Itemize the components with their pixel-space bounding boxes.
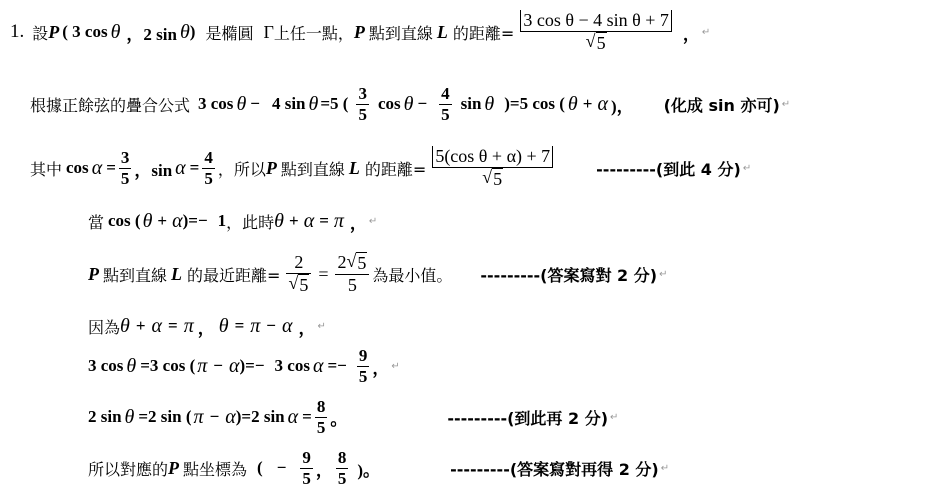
fraction-8-5: 8 5 [315, 397, 328, 437]
one: 1 [218, 211, 227, 231]
alpha: α [597, 93, 608, 116]
text: 其中 [30, 157, 62, 180]
sqrt: √5 [480, 168, 505, 190]
alpha: α [229, 355, 240, 378]
expr: )=2 sin [236, 407, 285, 427]
denominator: 5 [119, 169, 132, 189]
theta: θ [236, 93, 246, 116]
minus: − [213, 356, 223, 376]
pi: π [184, 315, 194, 338]
alpha: α [282, 315, 293, 338]
radicand: 5 [298, 274, 309, 296]
cos: cos [378, 94, 401, 114]
var-P: P [266, 158, 277, 179]
equals: = [168, 316, 178, 336]
expr: 3 cos [275, 356, 310, 376]
numerator: 4 [202, 148, 215, 168]
expr: )=5 cos ( [504, 94, 565, 114]
fraction-9-5: 9 5 [357, 346, 370, 386]
expr: ) [190, 22, 196, 42]
var-P: P [88, 264, 99, 285]
text: ，此時 [226, 210, 274, 233]
text: 為最小值。 [372, 263, 452, 286]
theta: θ [568, 93, 578, 116]
text: 當 [88, 210, 104, 233]
expr: cos ( [108, 211, 141, 231]
var-L: L [349, 158, 360, 179]
theta: θ [143, 210, 153, 233]
numerator: 2√5 [335, 252, 369, 274]
minus: − [250, 94, 260, 114]
equals: = [319, 211, 329, 231]
line-7-x-coordinate: 3 cos θ =3 cos ( π − α )=− 3 cos α =− 9 … [88, 343, 400, 389]
numerator: 5(cos θ + α) + 7 [432, 146, 553, 167]
denominator: 5 [357, 367, 370, 387]
fraction-2-sqrt5: 2 √5 [286, 252, 311, 295]
fraction-2sqrt5-5: 2√5 5 [335, 252, 369, 295]
alpha: α [175, 157, 186, 180]
text: 因為 [88, 315, 120, 338]
comma: ， [316, 456, 333, 481]
expr: =2 sin ( [138, 407, 191, 427]
line-6-theta-relation: 因為 θ + α = π ， θ = π − α ， ↵ [88, 312, 326, 340]
problem-number: 1. [10, 21, 24, 43]
text: 點到直線 [103, 263, 167, 286]
paragraph-mark-icon: ↵ [391, 361, 399, 372]
numerator: 2 [292, 252, 305, 273]
var-L: L [437, 22, 448, 43]
pi: π [334, 210, 344, 233]
expr: 4 sin [272, 94, 306, 114]
text: 點到直線 [369, 21, 433, 44]
numerator: 3 [119, 148, 132, 168]
radicand: 5 [492, 168, 503, 190]
alpha: α [288, 406, 299, 429]
radicand: 5 [356, 252, 367, 274]
denominator: 5 [439, 105, 452, 125]
denominator: 5 [356, 105, 369, 125]
text: 所以對應的 [88, 457, 168, 480]
theta: θ [180, 21, 190, 44]
numerator: 8 [315, 397, 328, 417]
denominator: 5 [300, 469, 313, 489]
expr: )， [611, 92, 634, 117]
period: 。 [330, 405, 347, 430]
theta: θ [404, 93, 414, 116]
line-8-y-coordinate: 2 sin θ =2 sin ( π − α )=2 sin α = 8 5 。… [88, 394, 618, 440]
plus: + [583, 94, 593, 114]
expr: ，2 sin [126, 20, 177, 45]
plus: + [136, 316, 146, 336]
plus: + [289, 211, 299, 231]
expr: ，sin [134, 156, 172, 181]
fraction-8-5: 8 5 [336, 448, 349, 488]
line-5-min-distance: P 點到直線 L 的最近距離= 2 √5 = 2√5 5 為最小值。 -----… [88, 246, 667, 302]
theta: θ [484, 93, 494, 116]
open-paren: ( [257, 458, 263, 478]
note: (化成 sin 亦可) [664, 93, 780, 116]
minus: − [277, 458, 287, 478]
plus: + [157, 211, 167, 231]
fraction-3-5: 3 5 [119, 148, 132, 188]
alpha: α [172, 210, 183, 233]
numerator: 9 [300, 448, 313, 468]
numerator: 8 [336, 448, 349, 468]
expr: =5 ( [320, 94, 348, 114]
text: 點到直線 [281, 157, 345, 180]
alpha: α [225, 406, 236, 429]
expr: ( 3 cos [62, 22, 107, 42]
paragraph-mark-icon: ↵ [661, 463, 669, 474]
pi: π [197, 355, 207, 378]
denominator: 5 [336, 469, 349, 489]
pi: π [250, 315, 260, 338]
expr: 3 cos [198, 94, 233, 114]
close-paren: )。 [357, 456, 380, 481]
expr: 2 sin [88, 407, 122, 427]
equals: = [235, 316, 245, 336]
var-P: P [48, 22, 59, 43]
denominator: 5 [346, 275, 359, 296]
expr: 3 cos [88, 356, 123, 376]
score-note: ---------(到此 4 分) [596, 157, 741, 180]
theta: θ [274, 210, 284, 233]
text: 上任一點， [274, 21, 354, 44]
paragraph-mark-icon: ↵ [702, 27, 710, 38]
sqrt: √5 [584, 32, 609, 54]
fraction-9-5: 9 5 [300, 448, 313, 488]
text: 的距離= [365, 157, 426, 180]
numerator: 4 [439, 84, 452, 104]
cos: cos [66, 158, 89, 178]
score-note: ---------(到此再 2 分) [447, 406, 608, 429]
score-note: ---------(答案寫對 2 分) [480, 263, 657, 286]
denominator: 5 [315, 418, 328, 438]
expr: )=− [183, 211, 208, 231]
alpha: α [304, 210, 315, 233]
distance-fraction: 3 cos θ − 4 sin θ + 7 √5 [520, 10, 672, 53]
paragraph-mark-icon: ↵ [659, 269, 667, 280]
theta: θ [126, 355, 136, 378]
theta: θ [111, 21, 121, 44]
paragraph-mark-icon: ↵ [610, 412, 618, 423]
comma: ， [198, 314, 215, 339]
var-P: P [354, 22, 365, 43]
text: ，所以 [218, 157, 266, 180]
expr: )=− [239, 356, 264, 376]
minus: − [417, 94, 427, 114]
var-L: L [171, 264, 182, 285]
numerator: 3 [356, 84, 369, 104]
comma: ， [683, 20, 700, 45]
theta: θ [125, 406, 135, 429]
text: 的距離= [453, 21, 514, 44]
theta: θ [120, 315, 130, 338]
equals: = [106, 158, 116, 178]
comma: ， [372, 354, 389, 379]
line-4-minimum-condition: 當 cos ( θ + α )=− 1 ，此時 θ + α = π ， ↵ [88, 205, 377, 237]
sin: sin [461, 94, 482, 114]
pi: π [194, 406, 204, 429]
alpha: α [92, 157, 103, 180]
paragraph-mark-icon: ↵ [369, 216, 377, 227]
theta: θ [309, 93, 319, 116]
gamma: Γ [263, 22, 273, 43]
expr: =− [327, 356, 346, 376]
text: 的最近距離= [187, 263, 280, 286]
equals: = [318, 264, 328, 285]
distance-fraction: 5(cos θ + α) + 7 √5 [432, 146, 553, 189]
text: 根據正餘弦的疊合公式 [30, 93, 190, 116]
sqrt: √5 [286, 274, 311, 296]
fraction-4-5: 4 5 [439, 84, 452, 124]
coef: 2 [337, 252, 346, 274]
radicand: 5 [596, 32, 607, 54]
equals: = [190, 158, 200, 178]
fraction-4-5: 4 5 [202, 148, 215, 188]
numerator: 3 cos θ − 4 sin θ + 7 [520, 10, 672, 31]
comma: ， [350, 209, 367, 234]
equals: = [302, 407, 312, 427]
var-P: P [168, 458, 179, 479]
minus: − [210, 407, 220, 427]
score-note: ---------(答案寫對再得 2 分) [450, 457, 659, 480]
numerator: 9 [357, 346, 370, 366]
text: 是橢圓 [205, 21, 253, 44]
line-9-final-answer: 所以對應的 P 點坐標為 ( − 9 5 ， 8 5 )。 ---------(… [88, 445, 669, 491]
paragraph-mark-icon: ↵ [782, 99, 790, 110]
paragraph-mark-icon: ↵ [317, 321, 325, 332]
paragraph-mark-icon: ↵ [743, 163, 751, 174]
line-1-problem-statement: 1. 設 P ( 3 cos θ ，2 sin θ ) 是橢圓 Γ 上任一點， … [10, 14, 710, 50]
line-3-alpha-definition: 其中 cos α = 3 5 ，sin α = 4 5 ，所以 P 點到直線 L… [30, 142, 751, 194]
denominator: 5 [202, 169, 215, 189]
text: 設 [32, 21, 48, 44]
expr: =3 cos ( [140, 356, 195, 376]
alpha: α [152, 315, 163, 338]
line-2-combination-formula: 根據正餘弦的疊合公式 3 cos θ − 4 sin θ =5 ( 3 5 co… [30, 82, 790, 126]
text: 點坐標為 [183, 457, 247, 480]
fraction-3-5: 3 5 [356, 84, 369, 124]
minus: − [266, 316, 276, 336]
alpha: α [313, 355, 324, 378]
comma: ， [298, 314, 315, 339]
theta: θ [219, 315, 229, 338]
